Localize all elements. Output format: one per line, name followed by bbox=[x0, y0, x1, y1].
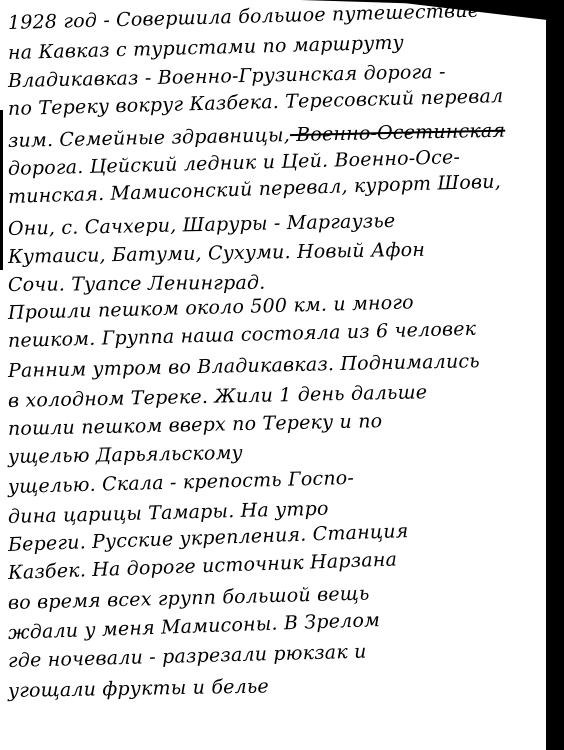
manuscript-line: где ночевали - разрезали рюкзак и bbox=[8, 641, 367, 672]
manuscript-line: Кутаиси, Батуми, Сухуми. Новый Афон bbox=[8, 239, 425, 268]
line-text: 1928 год - Совершила большое путешествие bbox=[8, 0, 480, 34]
line-text: Сочи. Туапсе Ленинград. bbox=[8, 272, 266, 296]
manuscript-line: Прошли пешком около 500 км. и много bbox=[8, 291, 414, 324]
line-text: угощали фрукты и белье bbox=[8, 675, 269, 702]
line-text: Прошли пешком около 500 км. и много bbox=[8, 291, 414, 324]
line-text: Они, с. Сачхери, Шаруры - Маргаузье bbox=[8, 210, 396, 240]
line-text: в холодном Тереке. Жили 1 день дальше bbox=[8, 381, 428, 412]
manuscript-line: Ранним утром во Владикавказ. Поднимались bbox=[8, 350, 480, 382]
line-text: ущелью Дарьяльскому bbox=[8, 442, 243, 468]
manuscript-line: 1928 год - Совершила большое путешествие bbox=[8, 0, 480, 34]
manuscript-line: в холодном Тереке. Жили 1 день дальше bbox=[8, 381, 428, 412]
scan-edge-left bbox=[0, 110, 3, 270]
line-text: ждали у меня Мамисоны. В Зрелом bbox=[8, 609, 381, 644]
manuscript-line: пошли пешком вверх по Тереку и по bbox=[8, 410, 383, 440]
manuscript-line: во время всех групп большой вещь bbox=[8, 583, 370, 614]
manuscript-line: ущелью Дарьяльскому bbox=[8, 442, 243, 468]
line-text: зим. Cемейные здравницы, bbox=[8, 124, 290, 152]
scan-edge-right bbox=[546, 0, 564, 750]
line-text: ущелью. Скала - крепость Госпо- bbox=[8, 467, 355, 498]
line-text: Кутаиси, Батуми, Сухуми. Новый Афон bbox=[8, 239, 425, 268]
manuscript-page: 1928 год - Совершила большое путешествие… bbox=[0, 0, 564, 750]
manuscript-line: Сочи. Туапсе Ленинград. bbox=[8, 272, 266, 296]
line-text: где ночевали - разрезали рюкзак и bbox=[8, 641, 367, 672]
manuscript-line: Они, с. Сачхери, Шаруры - Маргаузье bbox=[8, 210, 396, 240]
manuscript-line: пешком. Группа наша состояла из 6 челове… bbox=[8, 318, 477, 352]
struck-out-text: Военно-Осетинская bbox=[290, 120, 506, 147]
line-text: Ранним утром во Владикавказ. Поднимались bbox=[8, 350, 480, 382]
line-text: пешком. Группа наша состояла из 6 челове… bbox=[8, 318, 477, 352]
line-text: пошли пешком вверх по Тереку и по bbox=[8, 410, 383, 440]
manuscript-line: ущелью. Скала - крепость Госпо- bbox=[8, 467, 355, 498]
line-text: во время всех групп большой вещь bbox=[8, 583, 370, 614]
manuscript-line: на Кавказ с туристами по маршруту bbox=[8, 32, 404, 64]
line-text: на Кавказ с туристами по маршруту bbox=[8, 32, 404, 64]
manuscript-line: угощали фрукты и белье bbox=[8, 675, 269, 702]
manuscript-line: ждали у меня Мамисоны. В Зрелом bbox=[8, 609, 381, 644]
